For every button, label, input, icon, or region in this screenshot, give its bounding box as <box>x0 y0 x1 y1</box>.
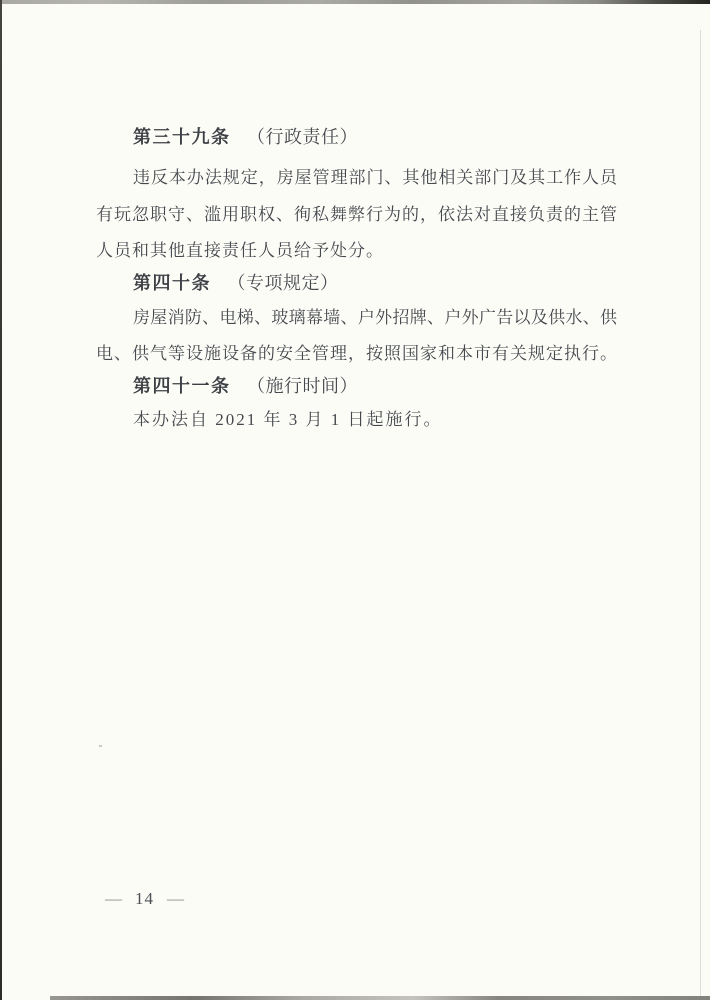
scan-edge-left <box>0 0 2 1000</box>
paragraph-line: 电、供气等设施设备的安全管理，按照国家和本市有关规定执行。 <box>96 342 617 366</box>
article-40-number: 第四十条 <box>133 273 211 293</box>
article-40-heading: 第四十条 （专项规定） <box>133 271 339 295</box>
document-page: 第三十九条 （行政责任） 违反本办法规定，房屋管理部门、其他相关部门及其工作人员… <box>0 0 710 1000</box>
article-41-number: 第四十一条 <box>133 376 231 396</box>
page-footer: — 14 — <box>105 889 184 909</box>
paragraph-line: 房屋消防、电梯、玻璃幕墙、户外招牌、户外广告以及供水、供 <box>96 306 617 330</box>
paragraph-line: 本办法自 2021 年 3 月 1 日起施行。 <box>96 408 617 432</box>
article-40-subject: （专项规定） <box>228 273 339 293</box>
page-number: 14 <box>135 889 154 909</box>
scan-edge-bottom <box>50 996 710 1000</box>
paragraph-line: 人员和其他直接责任人员给予处分。 <box>96 239 617 263</box>
scan-edge-right <box>700 30 701 996</box>
scan-speck <box>99 745 102 747</box>
article-39-number: 第三十九条 <box>133 127 231 147</box>
paragraph-line: 违反本办法规定，房屋管理部门、其他相关部门及其工作人员 <box>96 166 617 190</box>
article-39-heading: 第三十九条 （行政责任） <box>133 125 358 149</box>
paragraph-line: 有玩忽职守、滥用职权、徇私舞弊行为的，依法对直接负责的主管 <box>96 203 617 227</box>
article-41-heading: 第四十一条 （施行时间） <box>133 374 358 398</box>
article-41-subject: （施行时间） <box>247 376 358 396</box>
footer-dash-right: — <box>167 889 184 909</box>
scan-edge-top <box>0 0 710 4</box>
article-39-subject: （行政责任） <box>247 127 358 147</box>
footer-dash-left: — <box>105 889 122 909</box>
